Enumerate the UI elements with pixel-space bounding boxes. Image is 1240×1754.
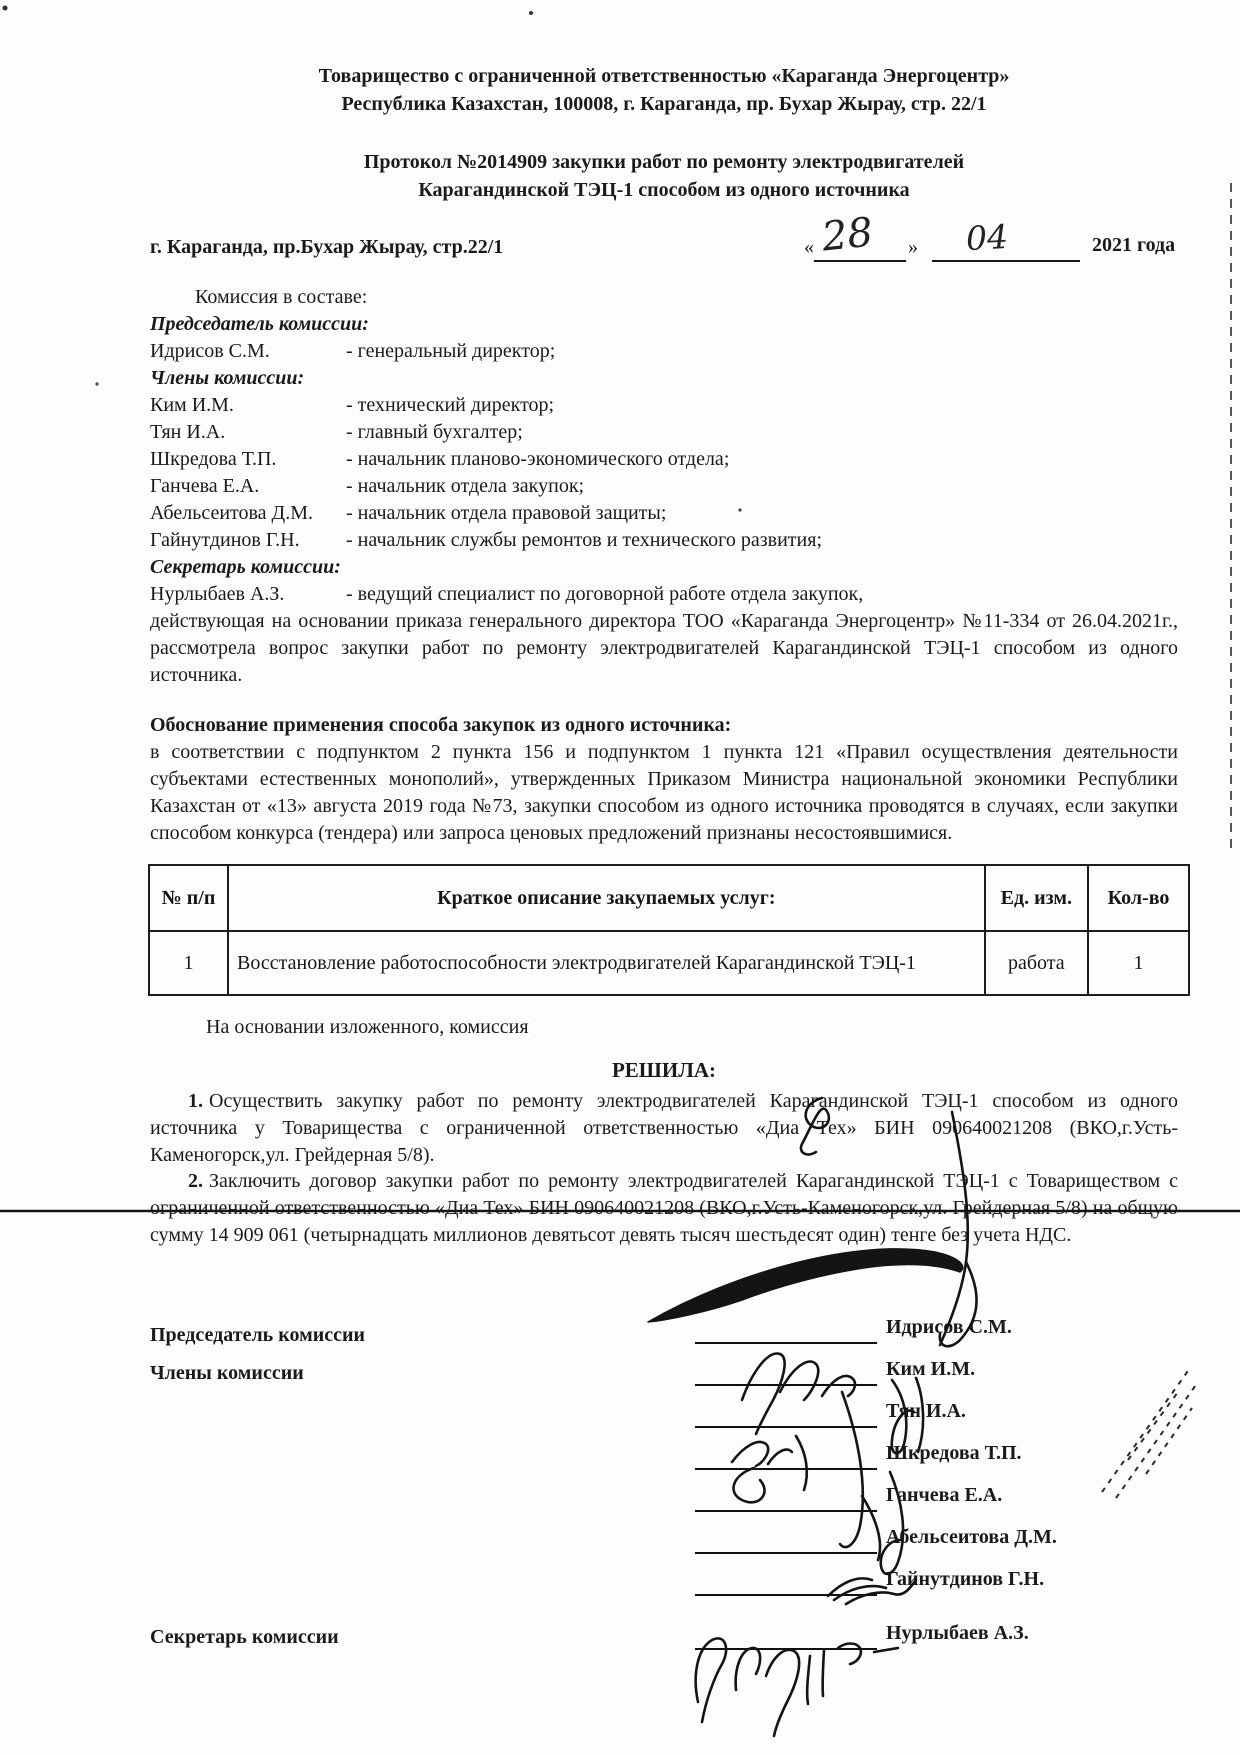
member-role: - начальник планово-экономического отдел…: [346, 446, 729, 473]
signatory-name: Абельсеитова Д.М.: [886, 1526, 1057, 1549]
signatory-name: Гайнутдинов Г.Н.: [886, 1568, 1044, 1591]
commission-row: Тян И.А. - главный бухгалтер;: [150, 419, 1178, 446]
member-role: - генеральный директор;: [346, 338, 555, 365]
member-name: Ким И.М.: [150, 392, 346, 419]
org-header: Товарищество с ограниченной ответственно…: [150, 62, 1178, 118]
member-role: - начальник службы ремонтов и техническо…: [346, 527, 822, 554]
item-text: Заключить договор закупки работ по ремон…: [150, 1170, 1178, 1246]
signature-gancheva: [862, 1496, 880, 1560]
item-text: Осуществить закупку работ по ремонту эле…: [150, 1090, 1178, 1166]
signature-kim: [742, 1354, 785, 1434]
speck-artifact: [95, 382, 98, 385]
member-name: Идрисов С.М.: [150, 338, 346, 365]
table-row: 1 Восстановление работоспособности элект…: [149, 931, 1189, 995]
commission-row: Идрисов С.М. - генеральный директор;: [150, 338, 1178, 365]
signature-kim: [780, 1362, 818, 1400]
speck-artifact: [3, 6, 8, 11]
commission-row: Нурлыбаев А.З. - ведущий специалист по д…: [150, 581, 1178, 608]
member-name: Ганчева Е.А.: [150, 473, 346, 500]
chairman-signature-label: Председатель комиссии: [150, 1324, 365, 1347]
items-table: № п/п Краткое описание закупаемых услуг:…: [148, 864, 1190, 996]
member-role: - ведущий специалист по договорной работ…: [346, 581, 863, 608]
title-line-1: Протокол №2014909 закупки работ по ремон…: [150, 148, 1178, 176]
commission-row: Ганчева Е.А. - начальник отдела закупок;: [150, 473, 1178, 500]
commission-row: Шкредова Т.П. - начальник планово-эконом…: [150, 446, 1178, 473]
open-quote: «: [804, 236, 814, 259]
commission-section: Комиссия в составе: Председатель комисси…: [150, 284, 1178, 689]
chairman-heading: Председатель комиссии:: [150, 311, 1178, 338]
table-header-row: № п/п Краткое описание закупаемых услуг:…: [149, 865, 1189, 931]
secretary-heading: Секретарь комиссии:: [150, 554, 1178, 581]
member-role: - технический директор;: [346, 392, 554, 419]
handwritten-month: 04: [965, 217, 1009, 258]
commission-row: Ким И.М. - технический директор;: [150, 392, 1178, 419]
col-header-qty: Кол-во: [1088, 865, 1189, 931]
place-date-row: г. Караганда, пр.Бухар Жырау, стр.22/1 «…: [150, 228, 1178, 268]
cell-unit: работа: [985, 931, 1088, 995]
member-role: - начальник отдела правовой защиты;: [346, 500, 666, 527]
pen-hatch-marks: [1102, 1368, 1198, 1498]
justification-body: в соответствии с подпунктом 2 пункта 156…: [150, 739, 1178, 847]
close-quote: »: [908, 236, 918, 259]
signature-line: [695, 1510, 877, 1512]
signature-shkredova: [733, 1468, 764, 1502]
org-address: Республика Казахстан, 100008, г. Караган…: [150, 90, 1178, 118]
col-header-description: Краткое описание закупаемых услуг:: [228, 865, 985, 931]
commission-row: Гайнутдинов Г.Н. - начальник службы ремо…: [150, 527, 1178, 554]
resolution-item-1: 1.Осуществить закупку работ по ремонту э…: [150, 1088, 1178, 1169]
signatory-name: Ганчева Е.А.: [886, 1484, 1002, 1507]
document-page: Товарищество с ограниченной ответственно…: [0, 0, 1240, 1754]
member-name: Шкредова Т.П.: [150, 446, 346, 473]
signature-line: [695, 1342, 877, 1344]
signature-nurlybaev: [807, 1656, 810, 1704]
member-role: - начальник отдела закупок;: [346, 473, 584, 500]
org-name: Товарищество с ограниченной ответственно…: [150, 62, 1178, 90]
signature-line: [695, 1384, 877, 1386]
member-name: Нурлыбаев А.З.: [150, 581, 346, 608]
member-name: Абельсеитова Д.М.: [150, 500, 346, 527]
secretary-signature-label: Секретарь комиссии: [150, 1626, 339, 1649]
justification-heading: Обоснование применения способа закупок и…: [150, 712, 1178, 739]
cell-description: Восстановление работоспособности электро…: [228, 931, 985, 995]
item-number: 2.: [188, 1170, 203, 1192]
cell-num: 1: [149, 931, 228, 995]
signature-nurlybaev: [838, 1644, 861, 1665]
year-label: 2021 года: [1092, 234, 1175, 257]
document-title: Протокол №2014909 закупки работ по ремон…: [150, 148, 1178, 204]
handwritten-day: 28: [820, 209, 875, 260]
member-name: Тян И.А.: [150, 419, 346, 446]
commission-row: Абельсеитова Д.М. - начальник отдела пра…: [150, 500, 1178, 527]
title-line-2: Карагандинской ТЭЦ-1 способом из одного …: [150, 176, 1178, 204]
signature-shkredova: [796, 1436, 807, 1490]
signatory-name: Идрисов С.М.: [886, 1316, 1012, 1339]
signature-swoosh: [648, 1249, 963, 1322]
speck-artifact: [529, 11, 533, 15]
commission-intro: Комиссия в составе:: [150, 284, 1178, 311]
signature-nurlybaev: [736, 1648, 760, 1690]
signature-shkredova: [732, 1442, 768, 1466]
signature-nurlybaev: [874, 1648, 898, 1652]
signature-line: [695, 1552, 877, 1554]
member-role: - главный бухгалтер;: [346, 419, 523, 446]
resolution-lead: На основании изложенного, комиссия: [150, 1016, 1234, 1039]
date-area: « 28 » 04 2021 года: [800, 228, 1220, 268]
place-line: г. Караганда, пр.Бухар Жырау, стр.22/1: [150, 236, 503, 259]
cell-qty: 1: [1088, 931, 1189, 995]
signatory-name: Нурлыбаев А.З.: [886, 1622, 1029, 1645]
resolution-heading: РЕШИЛА:: [150, 1058, 1178, 1083]
signature-line: [695, 1426, 877, 1428]
signature-nurlybaev: [823, 1650, 824, 1696]
signatory-name: Тян И.А.: [886, 1400, 966, 1423]
justification-section: Обоснование применения способа закупок и…: [150, 712, 1178, 847]
signatory-name: Шкредова Т.П.: [886, 1442, 1022, 1465]
col-header-num: № п/п: [149, 865, 228, 931]
members-signature-label: Члены комиссии: [150, 1362, 304, 1385]
members-heading: Члены комиссии:: [150, 365, 1178, 392]
item-number: 1.: [188, 1090, 203, 1112]
signature-line: [695, 1594, 877, 1596]
resolution-item-2: 2.Заключить договор закупки работ по рем…: [150, 1168, 1178, 1249]
member-name: Гайнутдинов Г.Н.: [150, 527, 346, 554]
signature-shkredova: [768, 1450, 792, 1464]
signature-line: [695, 1468, 877, 1470]
signature-nurlybaev: [696, 1638, 726, 1722]
col-header-unit: Ед. изм.: [985, 865, 1088, 931]
signature-kim: [822, 1376, 855, 1396]
acting-paragraph: действующая на основании приказа генерал…: [150, 608, 1178, 689]
signature-line: [695, 1648, 877, 1650]
signature-nurlybaev: [766, 1650, 799, 1736]
signatory-name: Ким И.М.: [886, 1358, 975, 1381]
